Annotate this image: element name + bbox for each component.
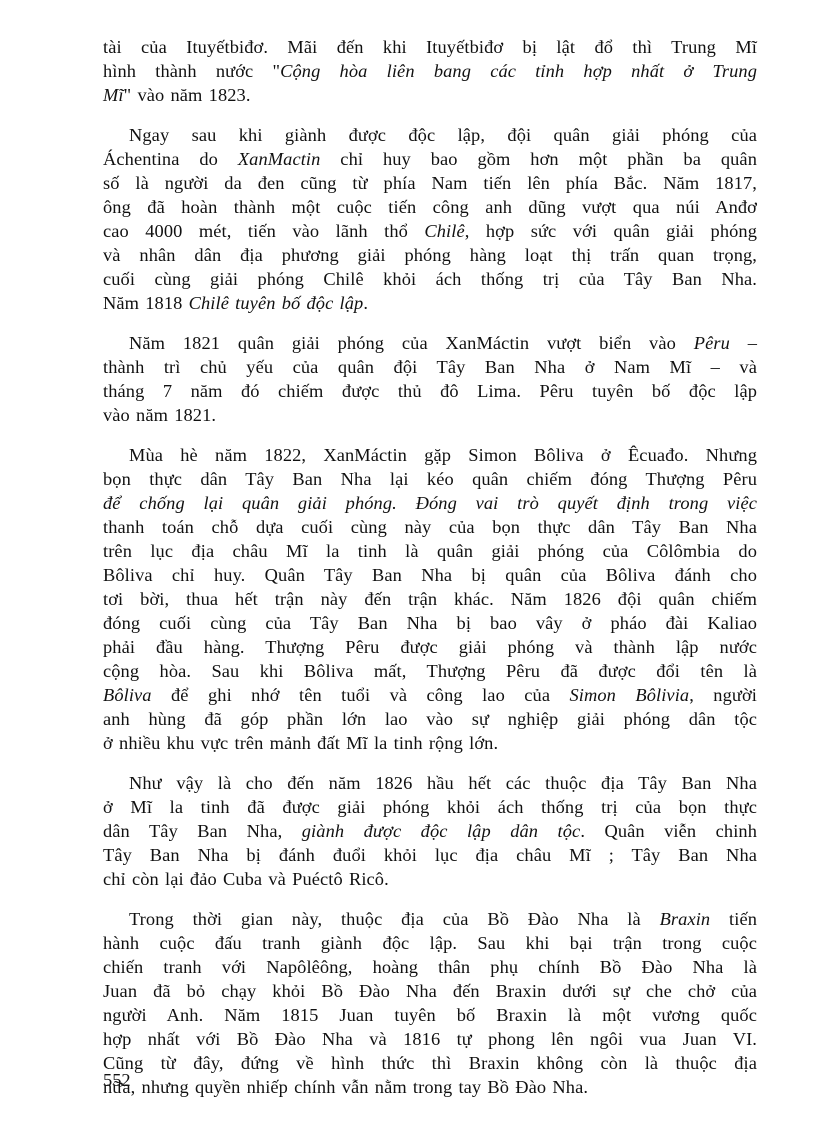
text-run: Juan đã bỏ chạy khỏi Bồ Đào Nha đến Brax… (103, 981, 757, 1001)
text-run: phải đầu hàng. Thượng Pêru được giải phó… (103, 637, 757, 657)
text-line: nữa, nhưng quyền nhiếp chính vẫn nằm tro… (103, 1075, 757, 1099)
text-run: Năm 1818 (103, 293, 189, 313)
text-line: tài của Ituyếtbiđơ. Mãi đến khi Ituyếtbi… (103, 35, 757, 59)
text-run: vào năm 1821. (103, 405, 216, 425)
italic-text: Mĩ (103, 85, 124, 105)
text-run: Tây Ban Nha bị đánh đuổi khỏi lục địa ch… (103, 845, 757, 865)
text-run: Cũng từ đây, đứng về hình thức thì Braxi… (103, 1053, 757, 1073)
text-run: , hợp sức với quân giải phóng (465, 221, 757, 241)
text-run: trên lục địa châu Mĩ la tinh là quân giả… (103, 541, 757, 561)
text-line: Cũng từ đây, đứng về hình thức thì Braxi… (103, 1051, 757, 1075)
text-run: đóng cuối cùng của Tây Ban Nha bị bao vâ… (103, 613, 757, 633)
italic-text: Simon Bôlivia (570, 685, 690, 705)
text-run: chiến tranh với Napôlêông, hoàng thân ph… (103, 957, 757, 977)
text-line: phải đầu hàng. Thượng Pêru được giải phó… (103, 635, 757, 659)
text-run: để ghi nhớ tên tuổi và công lao của (152, 685, 570, 705)
text-line: Ngay sau khi giành được độc lập, đội quâ… (103, 123, 757, 147)
paragraph-5: Như vậy là cho đến năm 1826 hầu hết các … (103, 771, 757, 891)
text-line: cao 4000 mét, tiến vào lãnh thổ Chilê, h… (103, 219, 757, 243)
text-line: Bôliva chỉ huy. Quân Tây Ban Nha bị quân… (103, 563, 757, 587)
text-run: Bôliva chỉ huy. Quân Tây Ban Nha bị quân… (103, 565, 757, 585)
paragraph-2: Ngay sau khi giành được độc lập, đội quâ… (103, 123, 757, 315)
text-run: . Quân viễn chinh (580, 821, 757, 841)
text-run: thành trì chủ yếu của quân đội Tây Ban N… (103, 357, 757, 377)
text-line: hành cuộc đấu tranh giành độc lập. Sau k… (103, 931, 757, 955)
text-run: Năm 1821 quân giải phóng của XanMáctin v… (129, 333, 694, 353)
document-page: tài của Ituyếtbiđơ. Mãi đến khi Ituyếtbi… (103, 35, 757, 1115)
text-line: người Anh. Năm 1815 Juan tuyên bố Braxin… (103, 1003, 757, 1027)
text-run: . (363, 293, 368, 313)
text-line: bọn thực dân Tây Ban Nha lại kéo quân ch… (103, 467, 757, 491)
italic-text: Chilê tuyên bố độc lập (189, 293, 364, 313)
text-line: Bôliva để ghi nhớ tên tuổi và công lao c… (103, 683, 757, 707)
text-run: Như vậy là cho đến năm 1826 hầu hết các … (129, 773, 757, 793)
text-line: Mĩ" vào năm 1823. (103, 83, 757, 107)
text-line: Năm 1818 Chilê tuyên bố độc lập. (103, 291, 757, 315)
text-line: để chống lại quân giải phóng. Đóng vai t… (103, 491, 757, 515)
paragraph-4: Mùa hè năm 1822, XanMáctin gặp Simon Bôl… (103, 443, 757, 755)
text-line: Mùa hè năm 1822, XanMáctin gặp Simon Bôl… (103, 443, 757, 467)
text-line: cuối cùng giải phóng Chilê khỏi ách thốn… (103, 267, 757, 291)
text-run: hình thành nước " (103, 61, 280, 81)
text-run: tơi bời, thua hết trận này đến trận khác… (103, 589, 757, 609)
text-line: đóng cuối cùng của Tây Ban Nha bị bao vâ… (103, 611, 757, 635)
text-line: thành trì chủ yếu của quân đội Tây Ban N… (103, 355, 757, 379)
text-run: Trong thời gian này, thuộc địa của Bồ Đà… (129, 909, 660, 929)
text-line: tháng 7 năm đó chiếm được thủ đô Lima. P… (103, 379, 757, 403)
text-run: số là người da đen cũng từ phía Nam tiến… (103, 173, 757, 193)
text-run: hành cuộc đấu tranh giành độc lập. Sau k… (103, 933, 757, 953)
text-line: ở Mĩ la tinh đã được giải phóng khỏi ách… (103, 795, 757, 819)
italic-text: Bôliva (103, 685, 152, 705)
text-run: tháng 7 năm đó chiếm được thủ đô Lima. P… (103, 381, 757, 401)
text-line: ở nhiều khu vực trên mảnh đất Mĩ la tinh… (103, 731, 757, 755)
paragraph-3: Năm 1821 quân giải phóng của XanMáctin v… (103, 331, 757, 427)
text-run: và nhân dân địa phương giải phóng hàng l… (103, 245, 757, 265)
text-line: hợp nhất với Bồ Đào Nha và 1816 tự phong… (103, 1027, 757, 1051)
text-run: ông đã hoàn thành một cuộc tiến công anh… (103, 197, 757, 217)
paragraph-6: Trong thời gian này, thuộc địa của Bồ Đà… (103, 907, 757, 1099)
text-run: " vào năm 1823. (124, 85, 251, 105)
text-line: anh hùng đã góp phần lớn lao vào sự nghi… (103, 707, 757, 731)
text-run: cuối cùng giải phóng Chilê khỏi ách thốn… (103, 269, 757, 289)
text-line: Áchentina do XanMactin chỉ huy bao gồm h… (103, 147, 757, 171)
text-line: chiến tranh với Napôlêông, hoàng thân ph… (103, 955, 757, 979)
text-run: anh hùng đã góp phần lớn lao vào sự nghi… (103, 709, 757, 729)
text-line: Juan đã bỏ chạy khỏi Bồ Đào Nha đến Brax… (103, 979, 757, 1003)
text-run: ở Mĩ la tinh đã được giải phóng khỏi ách… (103, 797, 757, 817)
text-line: trên lục địa châu Mĩ la tinh là quân giả… (103, 539, 757, 563)
text-line: Trong thời gian này, thuộc địa của Bồ Đà… (103, 907, 757, 931)
page-number: 552 (103, 1068, 131, 1092)
text-run: cao 4000 mét, tiến vào lãnh thổ (103, 221, 424, 241)
italic-text: Pêru (694, 333, 730, 353)
text-run: chỉ huy bao gồm hơn một phần ba quân (320, 149, 757, 169)
text-run: người Anh. Năm 1815 Juan tuyên bố Braxin… (103, 1005, 757, 1025)
text-run: thanh toán chỗ dựa cuối cùng này của bọn… (103, 517, 757, 537)
text-line: và nhân dân địa phương giải phóng hàng l… (103, 243, 757, 267)
italic-text: Cộng hòa liên bang các tỉnh hợp nhất ở T… (280, 61, 757, 81)
text-line: Năm 1821 quân giải phóng của XanMáctin v… (103, 331, 757, 355)
italic-text: giành được độc lập dân tộc (302, 821, 581, 841)
italic-text: Braxin (660, 909, 711, 929)
text-run: – (730, 333, 757, 353)
text-run: Ngay sau khi giành được độc lập, đội quâ… (129, 125, 757, 145)
text-run: Áchentina do (103, 149, 238, 169)
text-line: tơi bời, thua hết trận này đến trận khác… (103, 587, 757, 611)
text-line: hình thành nước "Cộng hòa liên bang các … (103, 59, 757, 83)
text-line: ông đã hoàn thành một cuộc tiến công anh… (103, 195, 757, 219)
text-line: số là người da đen cũng từ phía Nam tiến… (103, 171, 757, 195)
text-run: tiến (710, 909, 757, 929)
text-line: Như vậy là cho đến năm 1826 hầu hết các … (103, 771, 757, 795)
text-run: bọn thực dân Tây Ban Nha lại kéo quân ch… (103, 469, 757, 489)
italic-text: Chilê (424, 221, 464, 241)
text-run: hợp nhất với Bồ Đào Nha và 1816 tự phong… (103, 1029, 757, 1049)
text-run: dân Tây Ban Nha, (103, 821, 302, 841)
text-line: vào năm 1821. (103, 403, 757, 427)
text-line: thanh toán chỗ dựa cuối cùng này của bọn… (103, 515, 757, 539)
text-run: nữa, nhưng quyền nhiếp chính vẫn nằm tro… (103, 1077, 588, 1097)
text-line: Tây Ban Nha bị đánh đuổi khỏi lục địa ch… (103, 843, 757, 867)
italic-text: để chống lại quân giải phóng. Đóng vai t… (103, 493, 757, 513)
text-run: tài của Ituyếtbiđơ. Mãi đến khi Ituyếtbi… (103, 37, 757, 57)
text-run: Mùa hè năm 1822, XanMáctin gặp Simon Bôl… (129, 445, 757, 465)
text-run: ở nhiều khu vực trên mảnh đất Mĩ la tinh… (103, 733, 498, 753)
text-line: cộng hòa. Sau khi Bôliva mất, Thượng Pêr… (103, 659, 757, 683)
text-run: , người (689, 685, 757, 705)
paragraph-1: tài của Ituyếtbiđơ. Mãi đến khi Ituyếtbi… (103, 35, 757, 107)
italic-text: XanMactin (238, 149, 321, 169)
text-run: cộng hòa. Sau khi Bôliva mất, Thượng Pêr… (103, 661, 757, 681)
text-run: chỉ còn lại đảo Cuba và Puéctô Ricô. (103, 869, 389, 889)
text-line: chỉ còn lại đảo Cuba và Puéctô Ricô. (103, 867, 757, 891)
text-line: dân Tây Ban Nha, giành được độc lập dân … (103, 819, 757, 843)
